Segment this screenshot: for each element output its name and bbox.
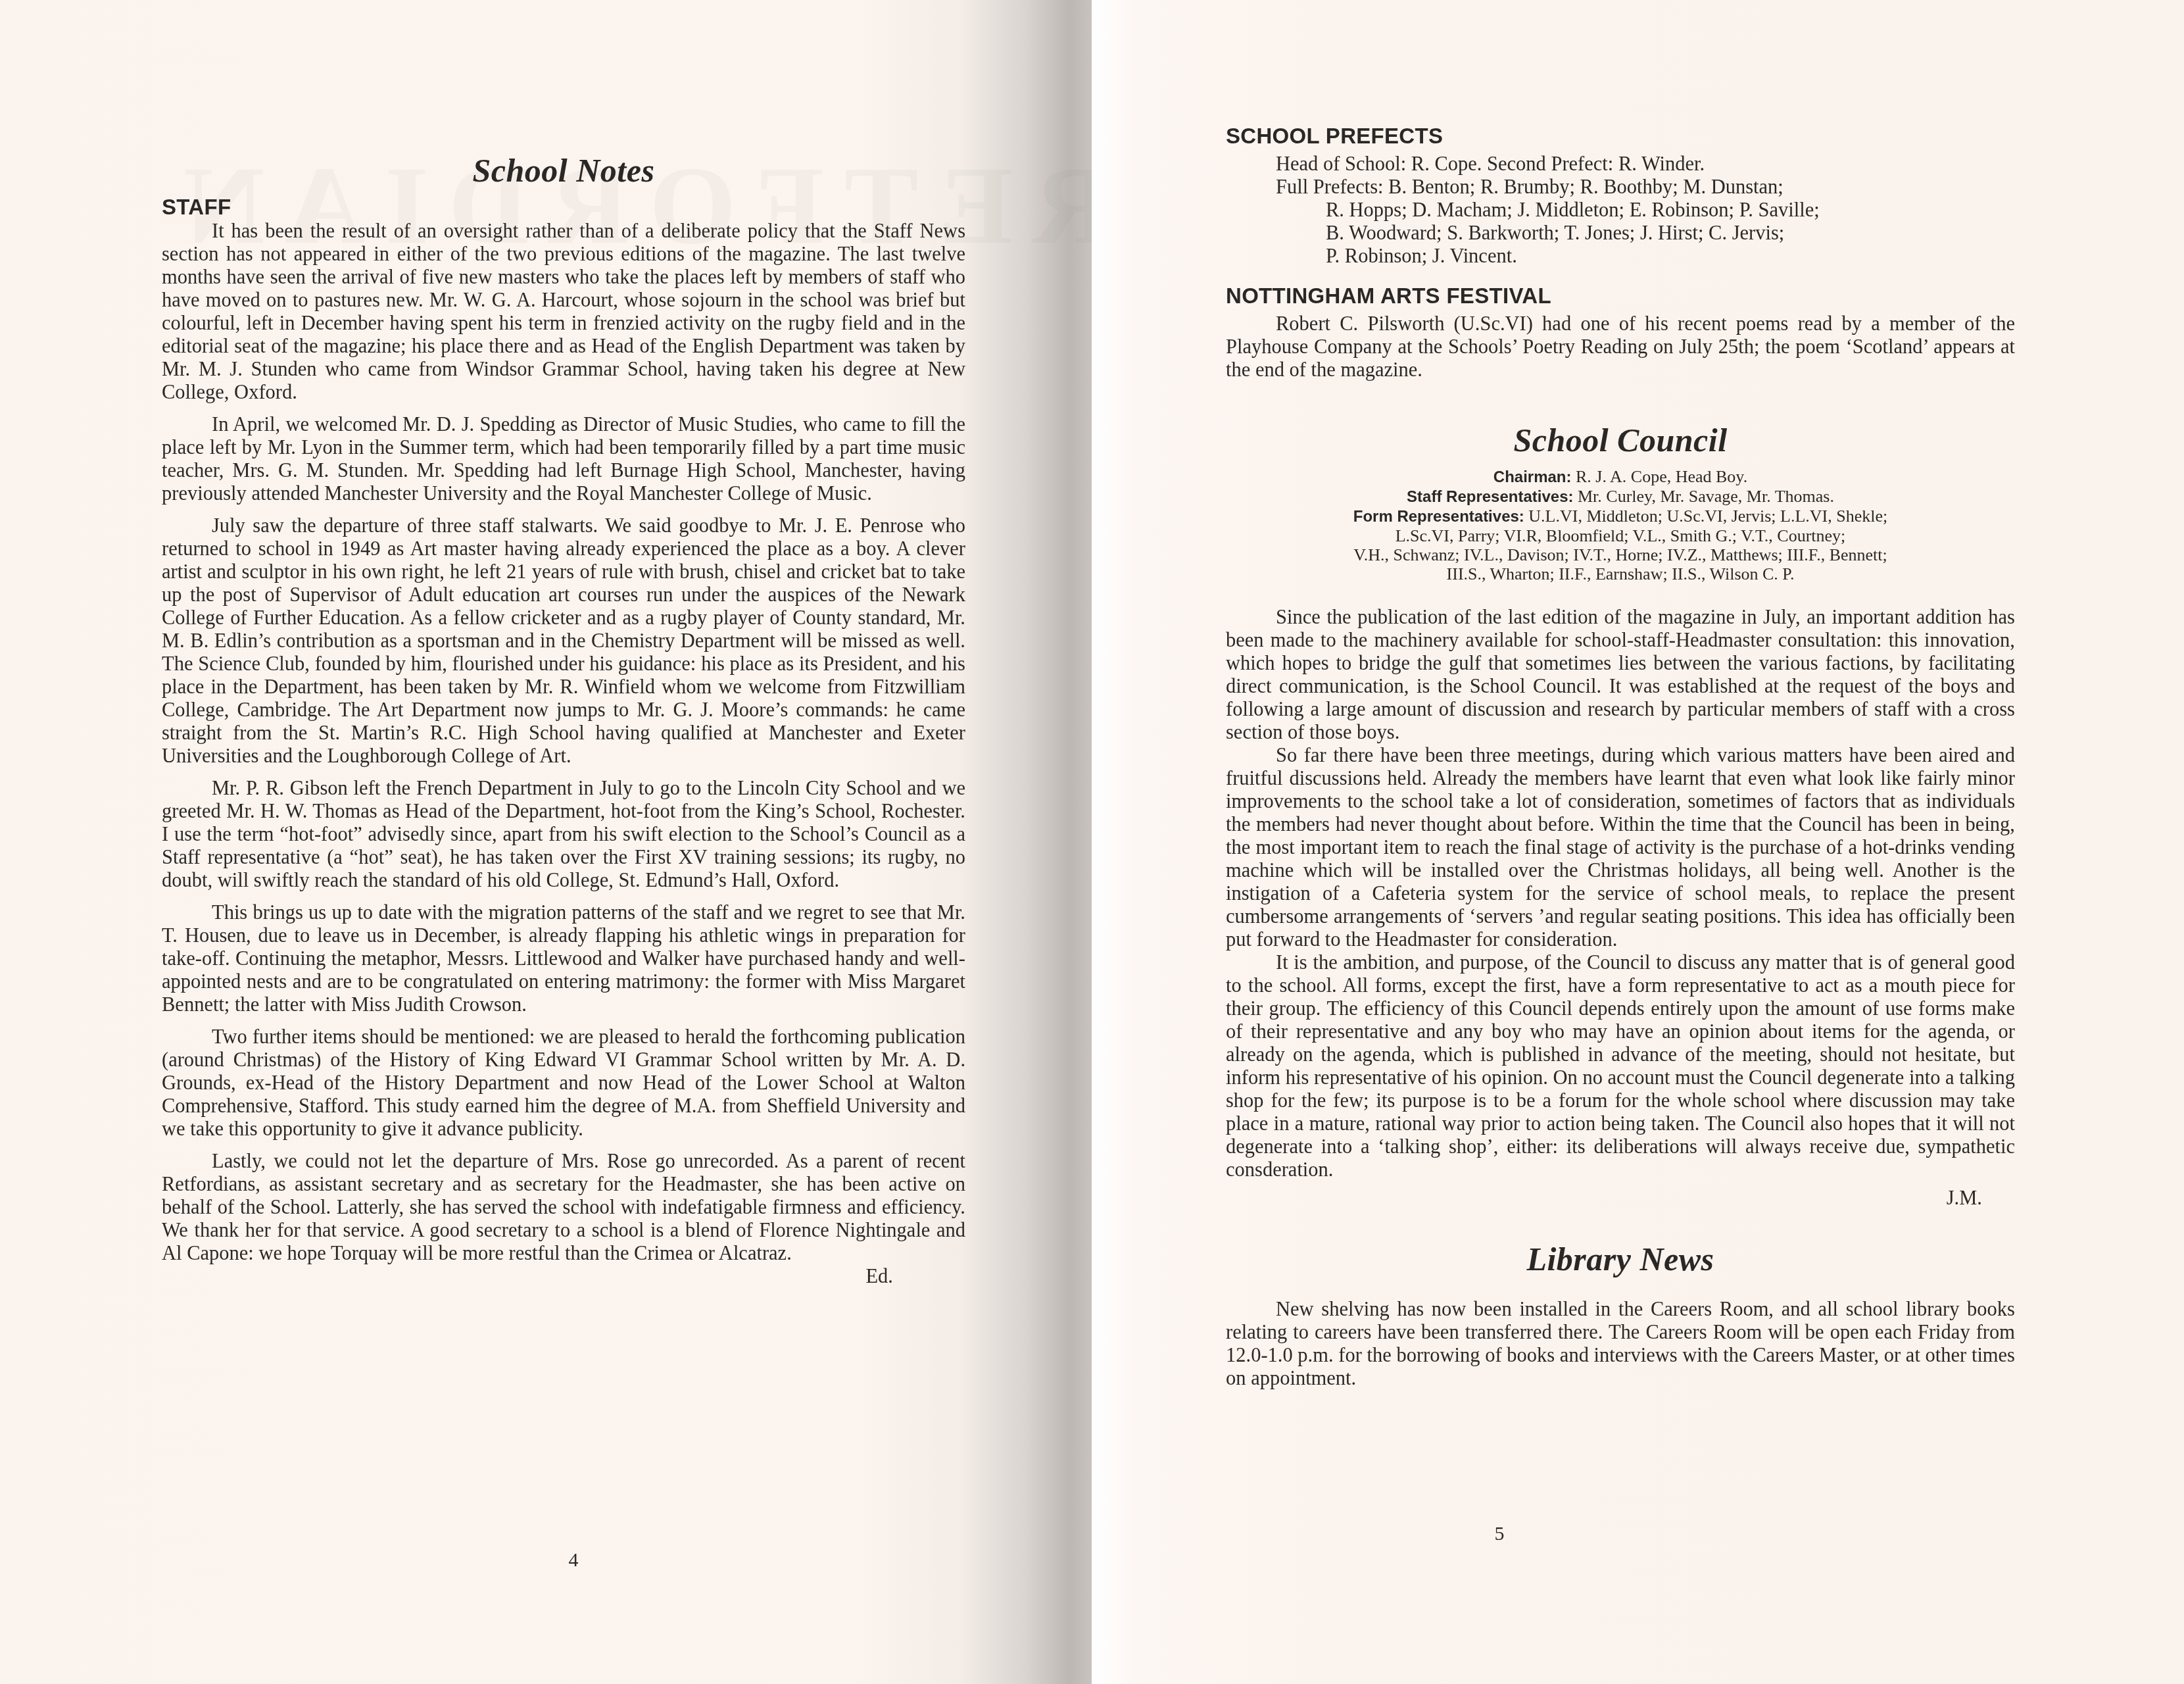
form-reps-line: V.H., Schwanz; IV.L., Davison; IV.T., Ho…: [1226, 545, 2015, 564]
council-paragraph: Since the publication of the last editio…: [1226, 606, 2015, 744]
page-number: 5: [1467, 1523, 1532, 1545]
page-number: 4: [541, 1549, 606, 1572]
staff-paragraph: This brings us up to date with the migra…: [162, 901, 965, 1016]
chairman-value: R. J. A. Cope, Head Boy.: [1576, 467, 1747, 486]
staff-reps-line: Staff Representatives: Mr. Curley, Mr. S…: [1226, 487, 2015, 507]
staff-heading: STAFF: [162, 195, 965, 220]
magazine-spread: THE RETFORDIAN School Notes STAFF It has…: [0, 0, 2184, 1684]
editor-signature: Ed.: [162, 1265, 965, 1288]
left-page: THE RETFORDIAN School Notes STAFF It has…: [0, 0, 1092, 1684]
prefects-line: B. Woodward; S. Barkworth; T. Jones; J. …: [1226, 222, 2015, 245]
right-page: SCHOOL PREFECTS Head of School: R. Cope.…: [1092, 0, 2184, 1684]
staff-paragraph: It has been the result of an oversight r…: [162, 220, 965, 404]
prefects-line: Full Prefects: B. Benton; R. Brumby; R. …: [1226, 176, 2015, 199]
council-paragraph: So far there have been three meetings, d…: [1226, 744, 2015, 951]
library-news-title: Library News: [1226, 1240, 2015, 1278]
council-signature: J.M.: [1226, 1187, 2015, 1210]
prefects-line: P. Robinson; J. Vincent.: [1226, 245, 2015, 268]
council-paragraph: It is the ambition, and purpose, of the …: [1226, 951, 2015, 1181]
arts-festival-text: Robert C. Pilsworth (U.Sc.VI) had one of…: [1226, 312, 2015, 382]
prefects-line: Head of School: R. Cope. Second Prefect:…: [1226, 153, 2015, 176]
staff-paragraph: Mr. P. R. Gibson left the French Departm…: [162, 777, 965, 892]
staff-reps-label: Staff Representatives:: [1407, 488, 1573, 506]
arts-festival-heading: NOTTINGHAM ARTS FESTIVAL: [1226, 284, 2015, 309]
left-column: School Notes STAFF It has been the resul…: [162, 151, 965, 1288]
prefects-line: R. Hopps; D. Macham; J. Middleton; E. Ro…: [1226, 199, 2015, 222]
staff-reps-value: Mr. Curley, Mr. Savage, Mr. Thomas.: [1578, 487, 1834, 506]
library-news-text: New shelving has now been installed in t…: [1226, 1298, 2015, 1390]
right-column: SCHOOL PREFECTS Head of School: R. Cope.…: [1226, 124, 2015, 1390]
school-notes-title: School Notes: [162, 151, 965, 189]
chairman-label: Chairman:: [1493, 468, 1572, 486]
form-reps-line: Form Representatives: U.L.VI, Middleton;…: [1226, 507, 2015, 526]
form-reps-line: III.S., Wharton; II.F., Earnshaw; II.S.,…: [1226, 564, 2015, 583]
prefects-heading: SCHOOL PREFECTS: [1226, 124, 2015, 149]
form-reps-label: Form Representatives:: [1353, 508, 1524, 526]
chairman-line: Chairman: R. J. A. Cope, Head Boy.: [1226, 467, 2015, 487]
school-council-title: School Council: [1226, 421, 2015, 459]
staff-paragraph: Lastly, we could not let the departure o…: [162, 1150, 965, 1265]
council-members: Chairman: R. J. A. Cope, Head Boy. Staff…: [1226, 467, 2015, 583]
form-reps-line: L.Sc.VI, Parry; VI.R, Bloomfield; V.L., …: [1226, 526, 2015, 545]
staff-paragraph: Two further items should be mentioned: w…: [162, 1026, 965, 1141]
staff-paragraph: In April, we welcomed Mr. D. J. Spedding…: [162, 413, 965, 505]
staff-paragraph: July saw the departure of three staff st…: [162, 514, 965, 768]
form-reps-value: U.L.VI, Middleton; U.Sc.VI, Jervis; L.L.…: [1528, 507, 1887, 526]
